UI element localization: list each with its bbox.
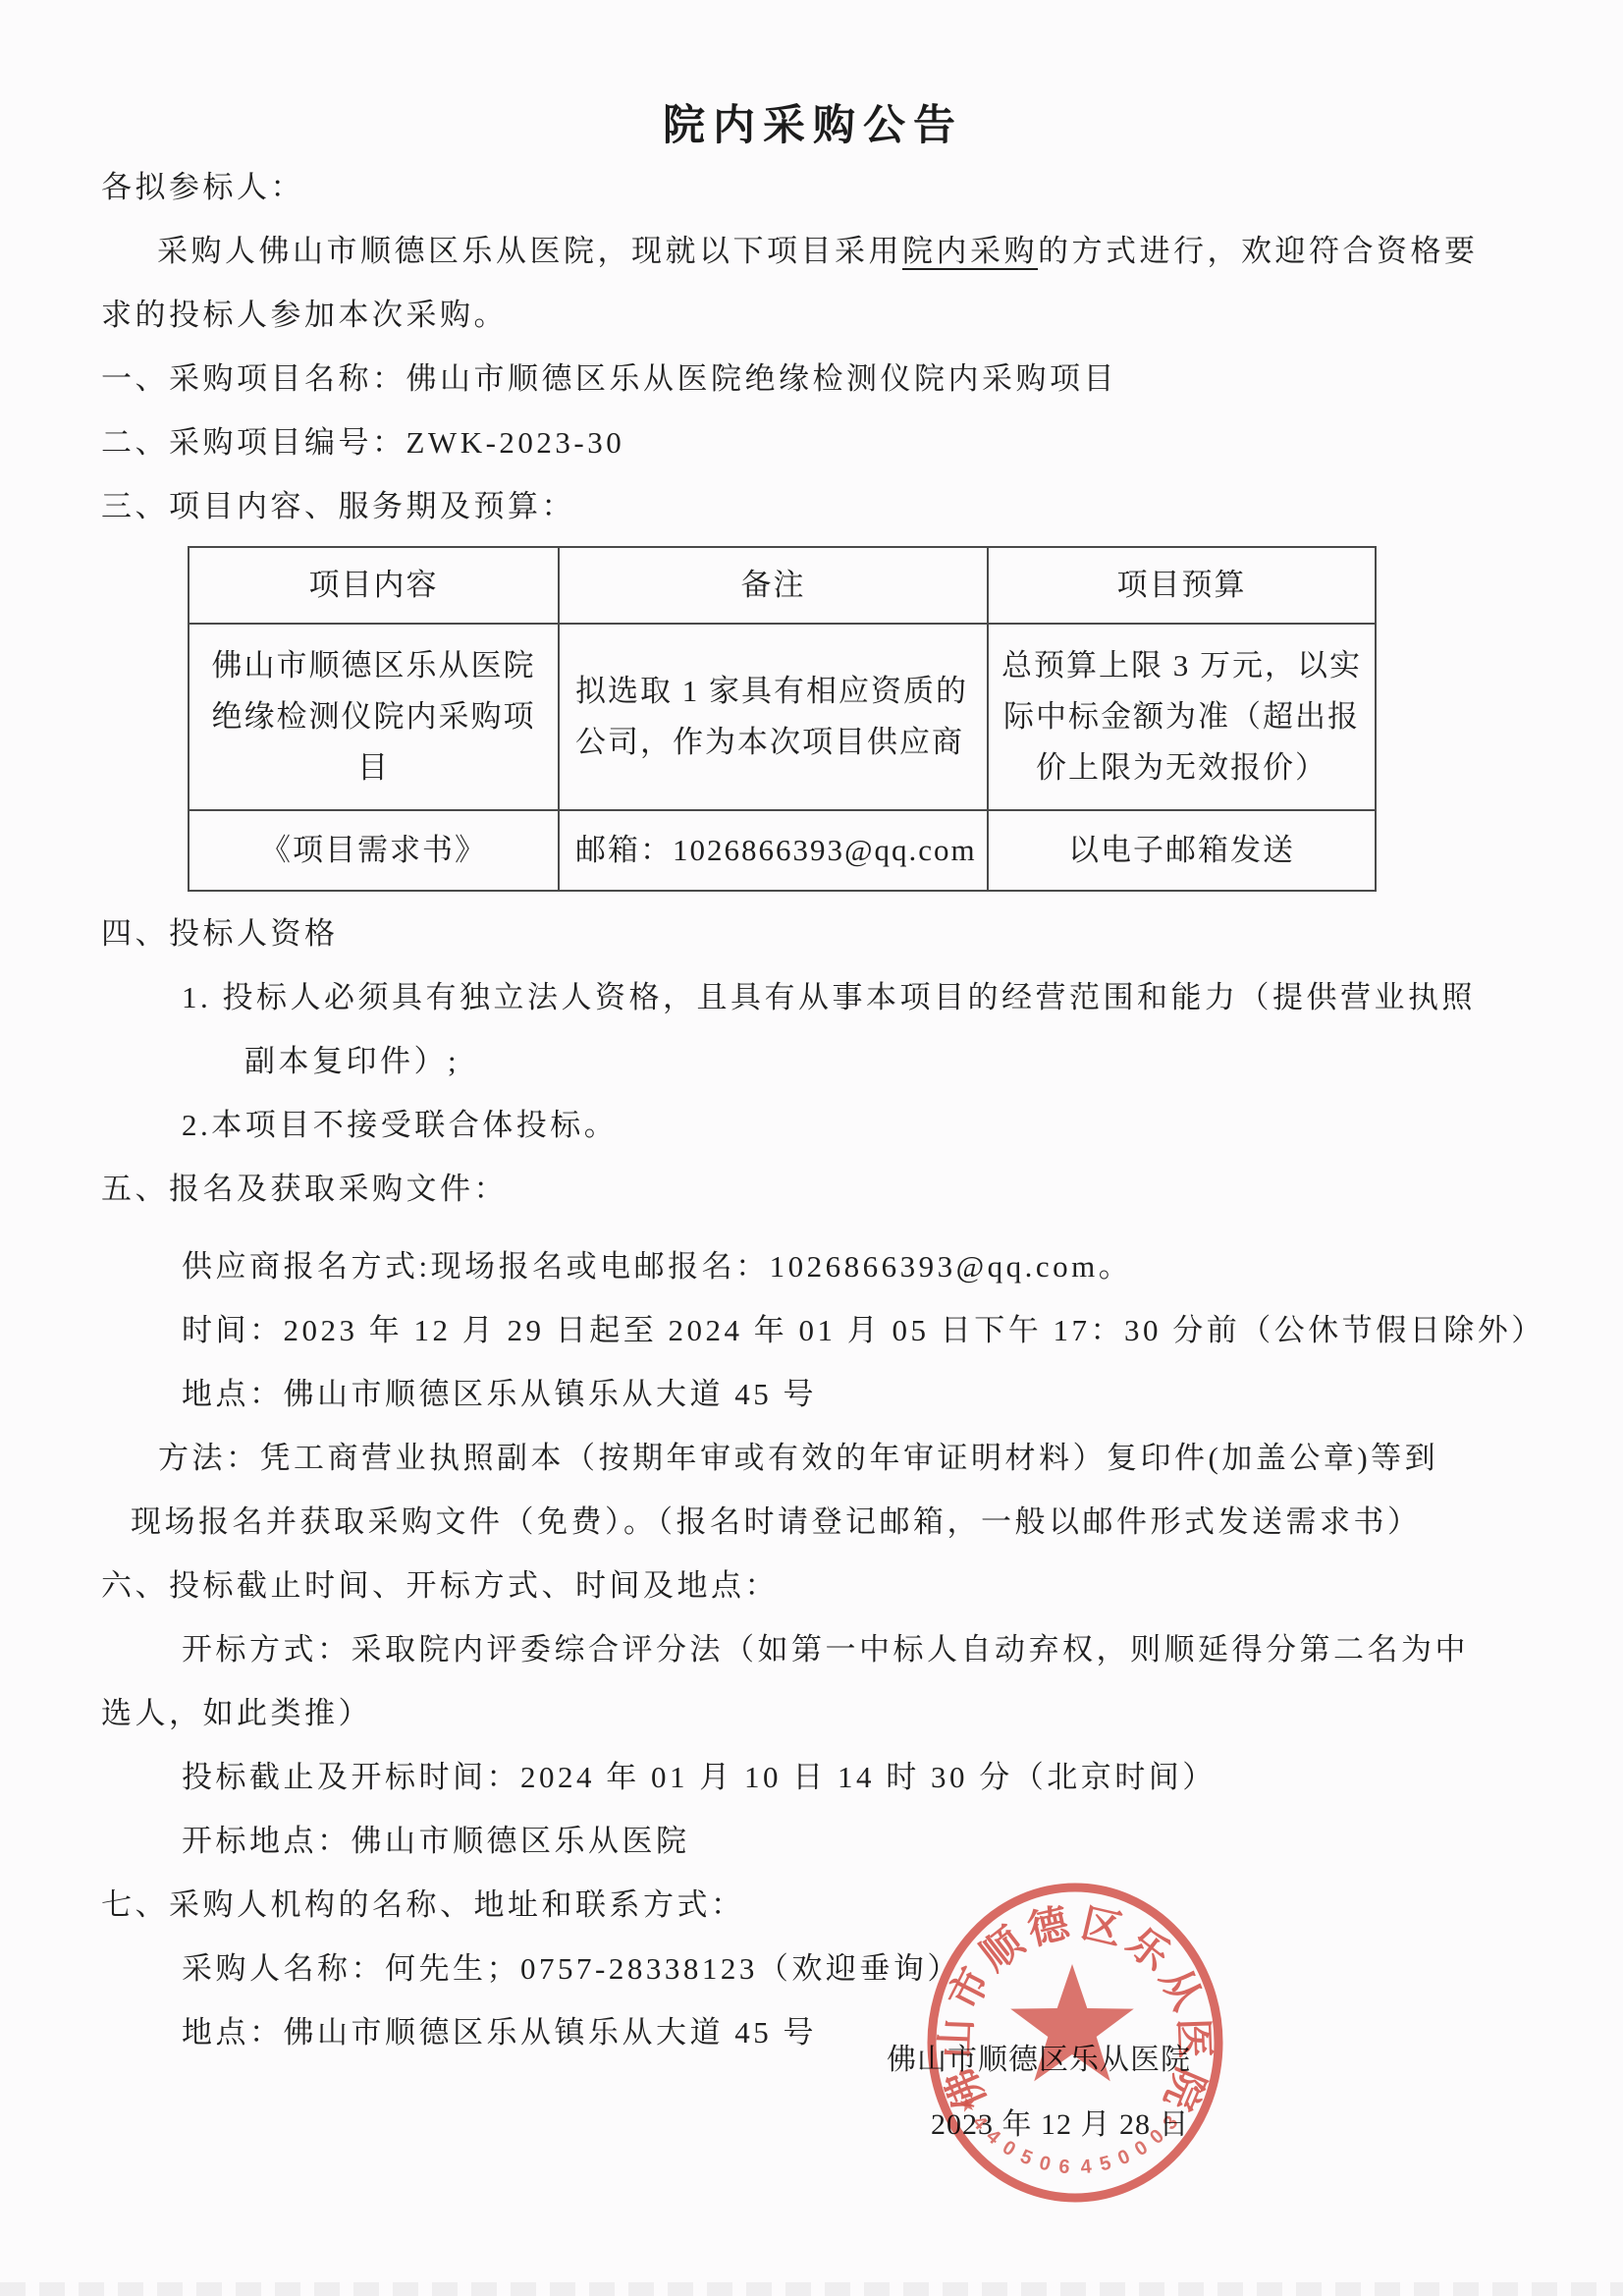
section-6-heading: 六、投标截止时间、开标方式、时间及地点：	[101, 1554, 1525, 1617]
cell-requirement-email: 邮箱：1026866393@qq.com	[559, 810, 988, 891]
signature-org-line: 佛山市顺德区乐从医院	[887, 2035, 1191, 2078]
qualification-item-1-line-2: 副本复印件）;	[101, 1029, 1525, 1093]
method-line-2: 现场报名并获取采购文件（免费）。（报名时请登记邮箱，一般以邮件形式发送需求书）	[101, 1490, 1525, 1554]
cell-project-note: 拟选取 1 家具有相应资质的 公司，作为本次项目供应商	[559, 624, 988, 810]
document-content: 院内采购公告 各拟参标人： 采购人佛山市顺德区乐从医院，现就以下项目采用院内采购…	[0, 0, 1623, 2064]
section-4-heading: 四、投标人资格	[101, 902, 1525, 965]
purchaser-address-line: 地点：佛山市顺德区乐从镇乐从大道 45 号	[101, 2000, 1525, 2064]
section-7-heading: 七、采购人机构的名称、地址和联系方式：	[101, 1873, 1525, 1937]
section-3-heading: 三、项目内容、服务期及预算：	[101, 474, 1525, 538]
qualification-item-1-line-1: 1. 投标人必须具有独立法人资格，且具有从事本项目的经营范围和能力（提供营业执照	[101, 965, 1525, 1029]
scan-artifact	[0, 2282, 1623, 2296]
document-page: 院内采购公告 各拟参标人： 采购人佛山市顺德区乐从医院，现就以下项目采用院内采购…	[0, 0, 1623, 2296]
section-1-project-name: 一、采购项目名称：佛山市顺德区乐从医院绝缘检测仪院内采购项目	[101, 347, 1525, 410]
intro-underlined-text: 院内采购	[902, 234, 1038, 268]
page-title: 院内采购公告	[101, 96, 1525, 155]
seal-code-digit: 6	[1057, 2156, 1070, 2178]
signature-date-line: 2023 年 12 月 28 日	[931, 2100, 1190, 2143]
intro-paragraph-line-1: 采购人佛山市顺德区乐从医院，现就以下项目采用院内采购的方式进行，欢迎符合资格要	[101, 219, 1525, 283]
purchaser-contact-line: 采购人名称：何先生；0757-28338123（欢迎垂询）	[101, 1937, 1525, 2000]
registration-address-line: 地点：佛山市顺德区乐从镇乐从大道 45 号	[101, 1362, 1525, 1426]
intro-paragraph-line-2: 求的投标人参加本次采购。	[101, 283, 1525, 347]
table-row: 《项目需求书》 邮箱：1026866393@qq.com 以电子邮箱发送	[189, 810, 1376, 891]
table-row: 佛山市顺德区乐从医院 绝缘检测仪院内采购项 目 拟选取 1 家具有相应资质的 公…	[189, 624, 1376, 810]
bid-opening-method-line-1: 开标方式：采取院内评委综合评分法（如第一中标人自动弃权，则顺延得分第二名为中	[101, 1617, 1525, 1681]
registration-time-line: 时间：2023 年 12 月 29 日起至 2024 年 01 月 05 日下午…	[101, 1298, 1525, 1362]
table-header-row: 项目内容 备注 项目预算	[189, 547, 1376, 624]
qualification-item-2: 2.本项目不接受联合体投标。	[101, 1093, 1525, 1157]
seal-code-digit: 0	[1114, 2146, 1133, 2170]
intro-post-text: 的方式进行，欢迎符合资格要	[1038, 234, 1479, 268]
seal-code-digit: 5	[1098, 2152, 1113, 2175]
method-line-1: 方法：凭工商营业执照副本（按期年审或有效的年审证明材料）复印件(加盖公章)等到	[101, 1426, 1525, 1490]
registration-method-line: 供应商报名方式:现场报名或电邮报名：1026866393@qq.com。	[101, 1234, 1525, 1298]
table-header-content: 项目内容	[189, 547, 559, 624]
cell-project-budget: 总预算上限 3 万元，以实 际中标金额为准（超出报 价上限为无效报价）	[988, 624, 1376, 810]
section-2-project-number: 二、采购项目编号：ZWK-2023-30	[101, 410, 1525, 474]
section-5-heading: 五、报名及获取采购文件：	[101, 1157, 1525, 1221]
cell-requirement-doc: 《项目需求书》	[189, 810, 559, 891]
intro-pre-text: 采购人佛山市顺德区乐从医院，现就以下项目采用	[157, 234, 902, 268]
seal-code-digit: 4	[1080, 2156, 1094, 2178]
bid-opening-location-line: 开标地点：佛山市顺德区乐从医院	[101, 1809, 1525, 1873]
table-header-note: 备注	[559, 547, 988, 624]
salutation-line: 各拟参标人：	[101, 155, 1525, 219]
deadline-line: 投标截止及开标时间：2024 年 01 月 10 日 14 时 30 分（北京时…	[101, 1745, 1525, 1809]
cell-requirement-delivery: 以电子邮箱发送	[988, 810, 1376, 891]
seal-code-digit: 5	[1017, 2146, 1036, 2170]
seal-code-digit: 0	[1037, 2152, 1053, 2175]
bid-opening-method-line-2: 选人，如此类推）	[101, 1681, 1525, 1745]
table-header-budget: 项目预算	[988, 547, 1376, 624]
cell-project-content: 佛山市顺德区乐从医院 绝缘检测仪院内采购项 目	[189, 624, 559, 810]
project-summary-table: 项目内容 备注 项目预算 佛山市顺德区乐从医院 绝缘检测仪院内采购项 目 拟选取…	[188, 546, 1377, 892]
